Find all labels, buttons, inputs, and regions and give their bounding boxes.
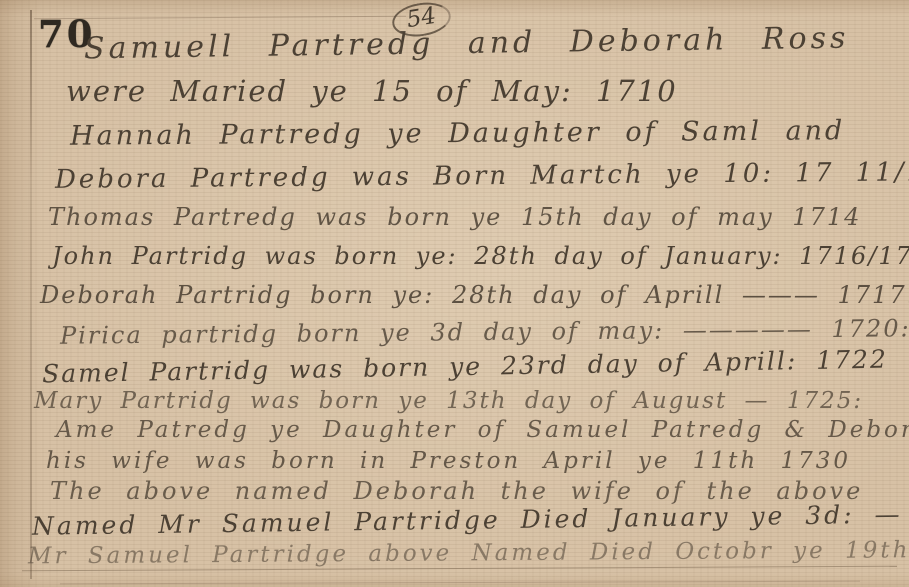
bottom-rule-line-2: [60, 581, 860, 585]
manuscript-line-hannah-1: Hannah Partredg ye Daughter of Saml and: [70, 115, 845, 151]
manuscript-line-mary-birth: Mary Partridg was born ye 13th day of Au…: [34, 388, 863, 414]
manuscript-line-deborah-birth: Deborah Partridg born ye: 28th day of Ap…: [40, 281, 909, 309]
manuscript-line-samuel-death: Mr Samuel Partridge above Named Died Oct…: [28, 537, 909, 570]
manuscript-line-ame-birth-1: Ame Patredg ye Daughter of Samuel Patred…: [56, 417, 909, 443]
manuscript-line-hannah-2: Debora Partredg was Born Martch ye 10: 1…: [55, 157, 909, 195]
manuscript-line-pirica-birth: Pirica partridg born ye 3d day of may: —…: [60, 314, 909, 349]
manuscript-line-thomas-birth: Thomas Partredg was born ye 15th day of …: [48, 203, 861, 231]
manuscript-line-john-birth: John Partridg was born ye: 28th day of J…: [52, 242, 909, 270]
manuscript-page: 70 54 Samuell Partredg and Deborah Ross …: [0, 0, 909, 587]
manuscript-line-deborah-death-1: The above named Deborah the wife of the …: [50, 477, 863, 505]
page-gutter-line: [30, 10, 32, 579]
manuscript-line-marriage-date: were Maried ye 15 of May: 1710: [66, 74, 678, 108]
manuscript-line-marriage-names: Samuell Partredg and Deborah Ross: [84, 21, 850, 67]
manuscript-line-samel-birth: Samel Partridg was born ye 23rd day of A…: [42, 345, 888, 389]
manuscript-line-ame-birth-2: his wife was born in Preston April ye 11…: [46, 448, 851, 474]
